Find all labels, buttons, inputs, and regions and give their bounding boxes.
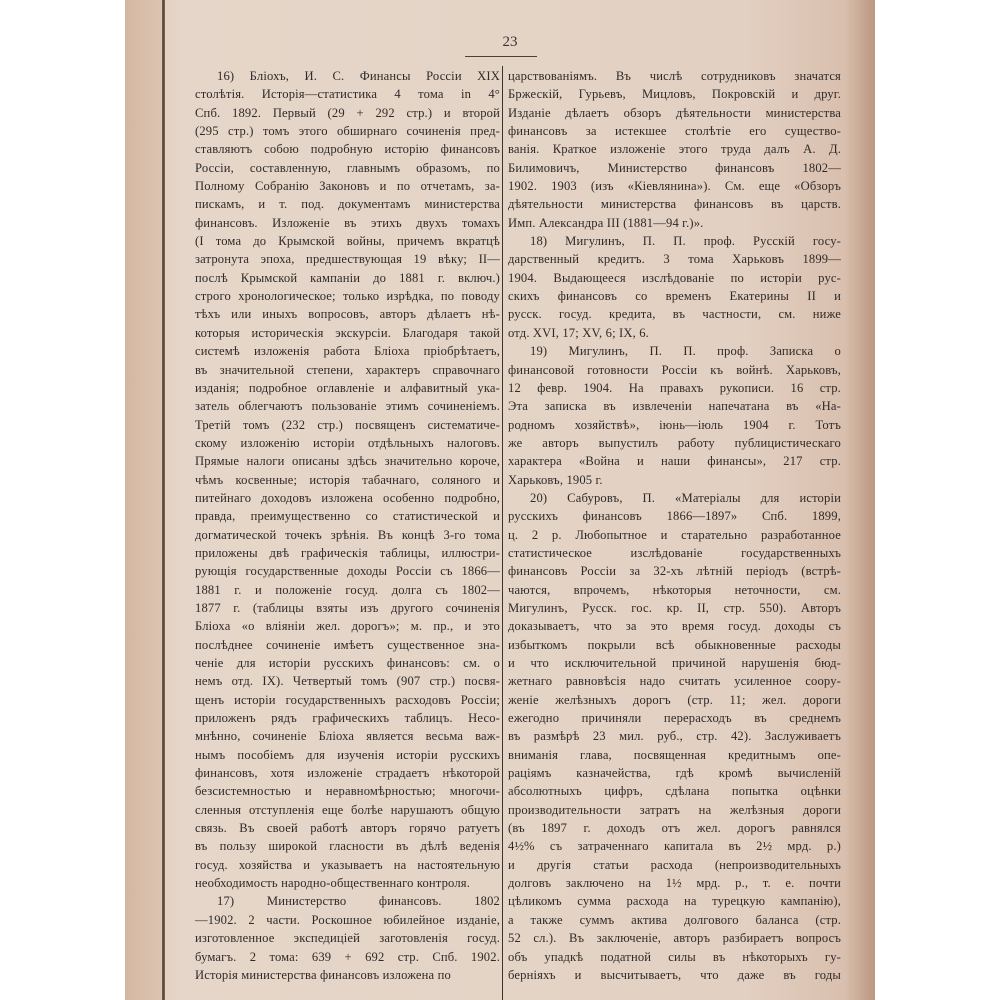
text-line: финансовъ за истекшее столѣтіе его сущес… xyxy=(508,122,841,140)
text-line: послѣднее сочиненіе имѣетъ существенное … xyxy=(195,636,500,654)
text-line: догматической точекъ зрѣнія. Въ концѣ 3-… xyxy=(195,526,500,544)
text-line: женіе желѣзныхъ дорогъ (стр. 11; жел. до… xyxy=(508,691,841,709)
text-line: Мигулинъ, Русск. гос. кр. II, стр. 550).… xyxy=(508,599,841,617)
text-line: ченіе для исторіи русскихъ финансовъ: см… xyxy=(195,654,500,672)
text-line: затель облегчаютъ пользованіе этимъ сочи… xyxy=(195,397,500,415)
text-line: родномъ хозяйствѣ», іюнь—іюль 1904 г. То… xyxy=(508,416,841,434)
text-line: русскихъ финансовъ 1866—1897» Спб. 1899, xyxy=(508,507,841,525)
text-line: (въ 1897 г. доходъ отъ жел. дорогъ равня… xyxy=(508,819,841,837)
text-line: мнѣнно, сочиненіе Бліоха является весьма… xyxy=(195,727,500,745)
text-line: —1902. 2 части. Роскошное юбилейное изда… xyxy=(195,911,500,929)
text-line: а также суммъ актива долгового баланса (… xyxy=(508,911,841,929)
text-line: Третій томъ (232 стр.) посвященъ система… xyxy=(195,416,500,434)
text-line: чѣмъ косвенные; исторія табачнаго, солян… xyxy=(195,471,500,489)
text-line: Бліоха «о вліяніи жел. дорогъ»; м. пр., … xyxy=(195,617,500,635)
text-line: Полному Собранію Законовъ и по отчетамъ,… xyxy=(195,177,500,195)
previous-page-edge xyxy=(125,0,162,1000)
text-line: (295 стр.) томъ этого обширнаго сочинені… xyxy=(195,122,500,140)
text-line: Билимовичъ, Министерство финансовъ 1802— xyxy=(508,159,841,177)
text-line: Исторія министерства финансовъ изложена … xyxy=(195,966,500,984)
text-line: приложены двѣ графическія таблицы, иллюс… xyxy=(195,544,500,562)
header-rule xyxy=(465,56,537,57)
text-line: безсистемностью и неравномѣрностью; мног… xyxy=(195,782,500,800)
text-line: дарственный кредитъ. 3 тома Харьковъ 189… xyxy=(508,250,841,268)
text-line: вниманія глава, посвященная кредитнымъ о… xyxy=(508,746,841,764)
text-line: щенъ исторіи государственныхъ расходовъ … xyxy=(195,691,500,709)
text-line: 4½% съ затраченнаго капитала въ 2½ мрд. … xyxy=(508,837,841,855)
text-line: русск. госуд. кредита, въ частности, см.… xyxy=(508,305,841,323)
text-line: ванія. Краткое изложеніе этого труда дал… xyxy=(508,140,841,158)
text-line: въ размѣрѣ 23 мил. руб., стр. 42). Заслу… xyxy=(508,727,841,745)
text-line: немъ отд. IX). Четвертый томъ (907 стр.)… xyxy=(195,672,500,690)
text-line: въ значительной степени, характеръ справ… xyxy=(195,361,500,379)
text-line: пискамъ, и т. под. документамъ министерс… xyxy=(195,195,500,213)
text-line: 1904. Выдающееся изслѣдованіе по исторіи… xyxy=(508,269,841,287)
text-line: финансовой готовности Россіи къ войнѣ. Х… xyxy=(508,361,841,379)
text-line: цѣликомъ сумма расхода на турецкую кампа… xyxy=(508,892,841,910)
text-line: сленныя отступленія еще болѣе нарушаютъ … xyxy=(195,801,500,819)
text-line: 1902. 1903 (изъ «Кіевлянина»). См. еще «… xyxy=(508,177,841,195)
text-line: и другія статьи расхода (непроизводитель… xyxy=(508,856,841,874)
text-line: Изданіе дѣлаетъ обзоръ дѣятельности мини… xyxy=(508,104,841,122)
text-line: же авторъ выпустилъ работу публицистичес… xyxy=(508,434,841,452)
text-line: связь. Въ своей работѣ авторъ горячо рат… xyxy=(195,819,500,837)
text-line: 12 февр. 1904. На правахъ рукописи. 16 с… xyxy=(508,379,841,397)
text-line: 18) Мигулинъ, П. П. проф. Русскій госу- xyxy=(508,232,841,250)
text-line: характера «Война и наши финансы», 217 ст… xyxy=(508,452,841,470)
text-line: въ пользу широкой гласности въ дѣлѣ веде… xyxy=(195,837,500,855)
text-line: строго хронологическое; только изрѣдка, … xyxy=(195,287,500,305)
text-line: производительности затратъ на желѣзныя д… xyxy=(508,801,841,819)
text-line: ц. 2 р. Любопытное и старательно разрабо… xyxy=(508,526,841,544)
text-line: ставляютъ собою подробную исторію финанс… xyxy=(195,140,500,158)
text-line: статистическое изслѣдованіе государствен… xyxy=(508,544,841,562)
text-line: доказываетъ, что за это время госуд. дох… xyxy=(508,617,841,635)
text-line: отд. XVI, 17; XV, 6; IX, 6. xyxy=(508,324,841,342)
text-line: чаются, впрочемъ, нѣкоторыя неточности, … xyxy=(508,581,841,599)
text-line: которыя историческія экскурсіи. Благодар… xyxy=(195,324,500,342)
text-line: (I тома до Крымской войны, причемъ вкрат… xyxy=(195,232,500,250)
text-line: 52 сл.). Въ заключеніе, авторъ разбирает… xyxy=(508,929,841,947)
text-line: раціямъ казначейства, гдѣ кромѣ вычислен… xyxy=(508,764,841,782)
text-line: 19) Мигулинъ, П. П. проф. Записка о xyxy=(508,342,841,360)
text-line: рующія государственные доходы Россіи съ … xyxy=(195,562,500,580)
text-line: послѣ Крымской кампаніи до 1881 г. включ… xyxy=(195,269,500,287)
text-line: Прямые налоги описаны здѣсь значительно … xyxy=(195,452,500,470)
text-line: тѣхъ или иныхъ вопросовъ, авторъ дѣлаетъ… xyxy=(195,305,500,323)
text-line: абсолютныхъ цифръ, сдѣлана попытка оцѣнк… xyxy=(508,782,841,800)
page-number: 23 xyxy=(465,34,555,51)
right-column: царствованіямъ. Въ числѣ сотрудниковъ зн… xyxy=(508,67,841,984)
text-line: финансовъ, хотя изложеніе страдаетъ нѣко… xyxy=(195,764,500,782)
text-line: дѣятельности министерства финансовъ въ ц… xyxy=(508,195,841,213)
text-line: избыткомъ покрыли всѣ обыкновенные расхо… xyxy=(508,636,841,654)
text-line: 1877 г. (таблицы взяты изъ другого сочин… xyxy=(195,599,500,617)
text-line: питейнаго доходовъ изложена особенно под… xyxy=(195,489,500,507)
column-separator xyxy=(502,66,503,1000)
text-line: госуд. хозяйства и указываетъ на настоят… xyxy=(195,856,500,874)
text-line: 20) Сабуровъ, П. «Матеріалы для исторіи xyxy=(508,489,841,507)
text-line: нымъ пособіемъ для изученія исторіи русс… xyxy=(195,746,500,764)
text-line: необходимость народно-общественнаго конт… xyxy=(195,874,500,892)
text-line: Харьковъ, 1905 г. xyxy=(508,471,841,489)
left-column: 16) Бліохъ, И. С. Финансы Россіи XIXстол… xyxy=(195,67,500,984)
text-line: долговъ заключено на 1½ мрд. р., т. е. п… xyxy=(508,874,841,892)
text-line: финансовъ. Изложеніе въ этихъ двухъ тома… xyxy=(195,214,500,232)
text-line: 17) Министерство финансовъ. 1802 xyxy=(195,892,500,910)
text-line: 1881 г. и положеніе госуд. долга съ 1802… xyxy=(195,581,500,599)
text-line: скому изложенію исторіи отдѣльныхъ налог… xyxy=(195,434,500,452)
text-line: царствованіямъ. Въ числѣ сотрудниковъ зн… xyxy=(508,67,841,85)
text-line: изданія; подробное оглавленіе и алфавитн… xyxy=(195,379,500,397)
text-line: финансовъ Россіи за 32-хъ лѣтній періодъ… xyxy=(508,562,841,580)
text-line: жетнаго равновѣсія надо считать усиленно… xyxy=(508,672,841,690)
text-line: Бржескій, Гурьевъ, Мицловъ, Покровскій и… xyxy=(508,85,841,103)
text-line: затронута эпоха, предшествующая 19 вѣку;… xyxy=(195,250,500,268)
text-line: ежегодно причиняли перерасходъ въ средне… xyxy=(508,709,841,727)
text-line: приложенъ рядъ графическихъ таблицъ. Нес… xyxy=(195,709,500,727)
text-line: столѣтія. Исторія—статистика 4 тома in 4… xyxy=(195,85,500,103)
text-line: и что исключительной причиной нарушенія … xyxy=(508,654,841,672)
text-line: объ упадкѣ податной силы въ нѣкоторыхъ г… xyxy=(508,948,841,966)
book-spine xyxy=(162,0,165,1000)
page-edge-shadow xyxy=(845,0,875,1000)
book-page: 23 16) Бліохъ, И. С. Финансы Россіи XIXс… xyxy=(125,0,875,1000)
text-line: скихъ финансовъ со временъ Екатерины II … xyxy=(508,287,841,305)
text-line: 16) Бліохъ, И. С. Финансы Россіи XIX xyxy=(195,67,500,85)
text-line: Россіи, составленную, главнымъ образомъ,… xyxy=(195,159,500,177)
text-line: Эта записка въ извлеченіи напечатана въ … xyxy=(508,397,841,415)
text-line: изготовленное экспедиціей заготовленія г… xyxy=(195,929,500,947)
text-line: берніяхъ и высчитываетъ, что даже въ год… xyxy=(508,966,841,984)
text-line: Имп. Александра III (1881—94 г.)». xyxy=(508,214,841,232)
text-line: Спб. 1892. Первый (29 + 292 стр.) и втор… xyxy=(195,104,500,122)
text-line: бумагъ. 2 тома: 639 + 692 стр. Спб. 1902… xyxy=(195,948,500,966)
text-line: системѣ изложенія работа Бліоха пріобрѣт… xyxy=(195,342,500,360)
text-line: правда, преимущественно со статистическо… xyxy=(195,507,500,525)
